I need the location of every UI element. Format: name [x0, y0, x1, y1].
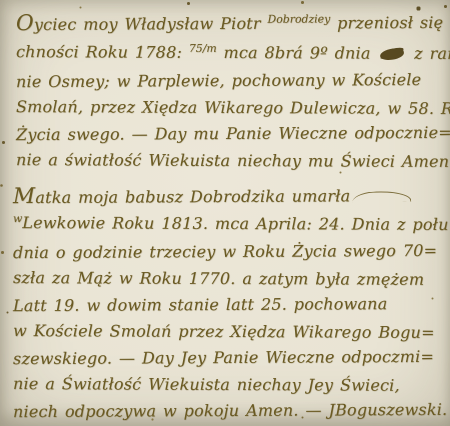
text-run: szła za Mąż w Roku 1770. a zatym była zm…	[13, 268, 424, 289]
text-run: mca 8brá 9º dnia	[217, 42, 378, 62]
manuscript-line: nie a światłość Wiekuista niechay mu Świ…	[16, 147, 444, 175]
text-run: niech odpoczywa w pokoju Amen. — JBogusz…	[13, 400, 447, 421]
manuscript-line: wLewkowie Roku 1813. mca Aprila: 24. Dni…	[13, 210, 444, 240]
manuscript-page: Oyciec moy Władysław Piotr Dobrodziey pr…	[0, 0, 450, 426]
text-run: Matka moja babusz Dobrodzika umarła	[13, 186, 350, 207]
manuscript-line: Życia swego. — Day mu Panie Wieczne odpo…	[16, 120, 444, 149]
manuscript-line: Latt 19. w dowim stanie latt 25. pochowa…	[13, 291, 444, 320]
pen-flourish	[352, 190, 412, 205]
text-run: dnia o godzinie trzeciey w Roku Życia sw…	[13, 241, 437, 262]
manuscript-line: w Kościele Smolań przez Xiędza Wikarego …	[13, 318, 444, 346]
text-run: chności Roku 1788:	[16, 42, 189, 62]
text-run: Oyciec moy Władysław Piotr	[16, 14, 268, 34]
manuscript-line: Matka moja babusz Dobrodzika umarła	[13, 182, 444, 212]
manuscript-line: nie Osmey; w Parplewie, pochowany w Kośc…	[16, 67, 444, 96]
text-run: nie a Światłość Wiekuista niechay Jey Św…	[13, 374, 400, 395]
ink-blot	[380, 47, 405, 61]
paragraph: Matka moja babusz Dobrodzika umarławLewk…	[13, 183, 444, 425]
manuscript-line: dnia o godzinie trzeciey w Roku Życia sw…	[13, 238, 444, 267]
interlinear-insertion: w	[13, 206, 22, 233]
text-run: Smolań, przez Xiędza Wikarego Dulewicza,…	[16, 97, 450, 118]
text-run: Życia swego. — Day mu Panie Wieczne odpo…	[16, 123, 450, 144]
text-run: Lewkowie Roku 1813. mca Aprila: 24. Dnia…	[22, 213, 450, 234]
paragraph: Oyciec moy Władysław Piotr Dobrodziey pr…	[16, 10, 444, 174]
interlinear-insertion: Dobrodziey	[267, 7, 330, 34]
manuscript-line: szewskiego. — Day Jey Panie Wieczne odpo…	[13, 344, 444, 373]
text-run: nie a światłość Wiekuista niechay mu Świ…	[16, 150, 449, 171]
text-run: Latt 19. w dowim stanie latt 25. pochowa…	[13, 294, 388, 315]
manuscript-line: niech odpoczywa w pokoju Amen. — JBogusz…	[13, 397, 444, 426]
text-run: w Kościele Smolań przez Xiędza Wikarego …	[13, 321, 435, 342]
text-run: z rana o godzi=	[407, 43, 450, 63]
manuscript-line: chności Roku 1788: 75/m mca 8brá 9º dnia…	[16, 39, 444, 69]
manuscript-line: Oyciec moy Władysław Piotr Dobrodziey pr…	[16, 9, 444, 41]
manuscript: Oyciec moy Władysław Piotr Dobrodziey pr…	[16, 10, 444, 425]
text-run: nie Osmey; w Parplewie, pochowany w Kośc…	[16, 70, 421, 91]
text-run: przeniosł się do wie=	[330, 12, 450, 32]
foxing-specks	[0, 0, 1, 1]
interlinear-insertion: 75/m	[189, 35, 217, 62]
text-run: szewskiego. — Day Jey Panie Wieczne odpo…	[13, 347, 434, 368]
manuscript-line: szła za Mąż w Roku 1770. a zatym była zm…	[13, 265, 444, 293]
manuscript-line: Smolań, przez Xiędza Wikarego Dulewicza,…	[16, 94, 444, 122]
manuscript-line: nie a Światłość Wiekuista niechay Jey Św…	[13, 371, 444, 399]
